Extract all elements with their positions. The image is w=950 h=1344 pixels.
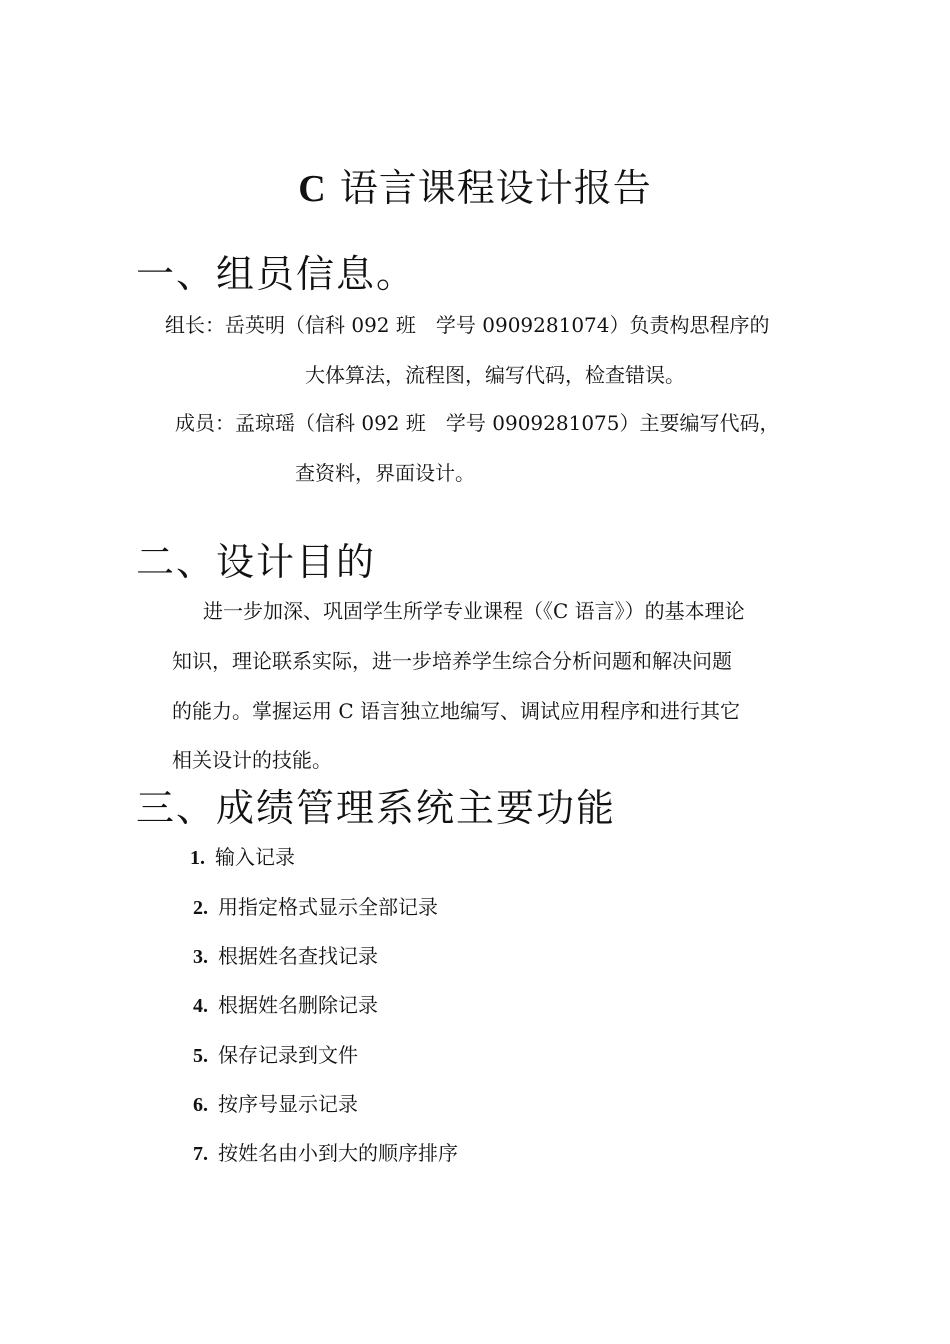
title-prefix: C: [298, 168, 326, 210]
purpose-line-4: 相关设计的技能。: [172, 745, 332, 775]
member-line-1: 成员：孟琼瑶（信科 092 班 学号 0909281075）主要编写代码，: [175, 408, 780, 438]
purpose-line-2: 知识，理论联系实际，进一步培养学生综合分析问题和解决问题: [172, 646, 732, 676]
section-heading-features: 三、成绩管理系统主要功能: [136, 780, 616, 836]
item-number: 3.: [193, 946, 208, 968]
section-heading-purpose: 二、设计目的: [136, 534, 376, 590]
item-text: 按姓名由小到大的顺序排序: [218, 1141, 458, 1165]
item-number: 7.: [193, 1143, 208, 1165]
item-text: 根据姓名查找记录: [218, 944, 378, 968]
feature-item: 2.用指定格式显示全部记录: [193, 892, 438, 923]
feature-item: 1.输入记录: [190, 842, 295, 873]
section-heading-members: 一、组员信息。: [136, 246, 416, 302]
item-number: 6.: [193, 1094, 208, 1116]
purpose-line-1: 进一步加深、巩固学生所学专业课程（《C 语言》）的基本理论: [203, 596, 745, 626]
item-text: 输入记录: [215, 845, 295, 869]
document-title: C 语言课程设计报告: [0, 160, 950, 217]
title-text: 语言课程设计报告: [327, 166, 652, 210]
item-number: 5.: [193, 1045, 208, 1067]
member-line-2: 查资料，界面设计。: [295, 458, 475, 488]
item-text: 保存记录到文件: [218, 1043, 358, 1067]
item-text: 根据姓名删除记录: [218, 993, 378, 1017]
item-text: 用指定格式显示全部记录: [218, 895, 438, 919]
item-number: 1.: [190, 847, 205, 869]
purpose-line-3: 的能力。掌握运用 C 语言独立地编写、调试应用程序和进行其它: [172, 696, 740, 726]
feature-item: 6.按序号显示记录: [193, 1089, 358, 1120]
leader-line-2: 大体算法，流程图，编写代码，检查错误。: [305, 360, 685, 390]
feature-item: 4.根据姓名删除记录: [193, 990, 378, 1021]
feature-item: 7.按姓名由小到大的顺序排序: [193, 1138, 458, 1169]
item-number: 4.: [193, 995, 208, 1017]
feature-item: 5.保存记录到文件: [193, 1040, 358, 1071]
item-number: 2.: [193, 897, 208, 919]
feature-item: 3.根据姓名查找记录: [193, 941, 378, 972]
leader-line-1: 组长：岳英明（信科 092 班 学号 0909281074）负责构思程序的: [165, 310, 770, 340]
item-text: 按序号显示记录: [218, 1092, 358, 1116]
